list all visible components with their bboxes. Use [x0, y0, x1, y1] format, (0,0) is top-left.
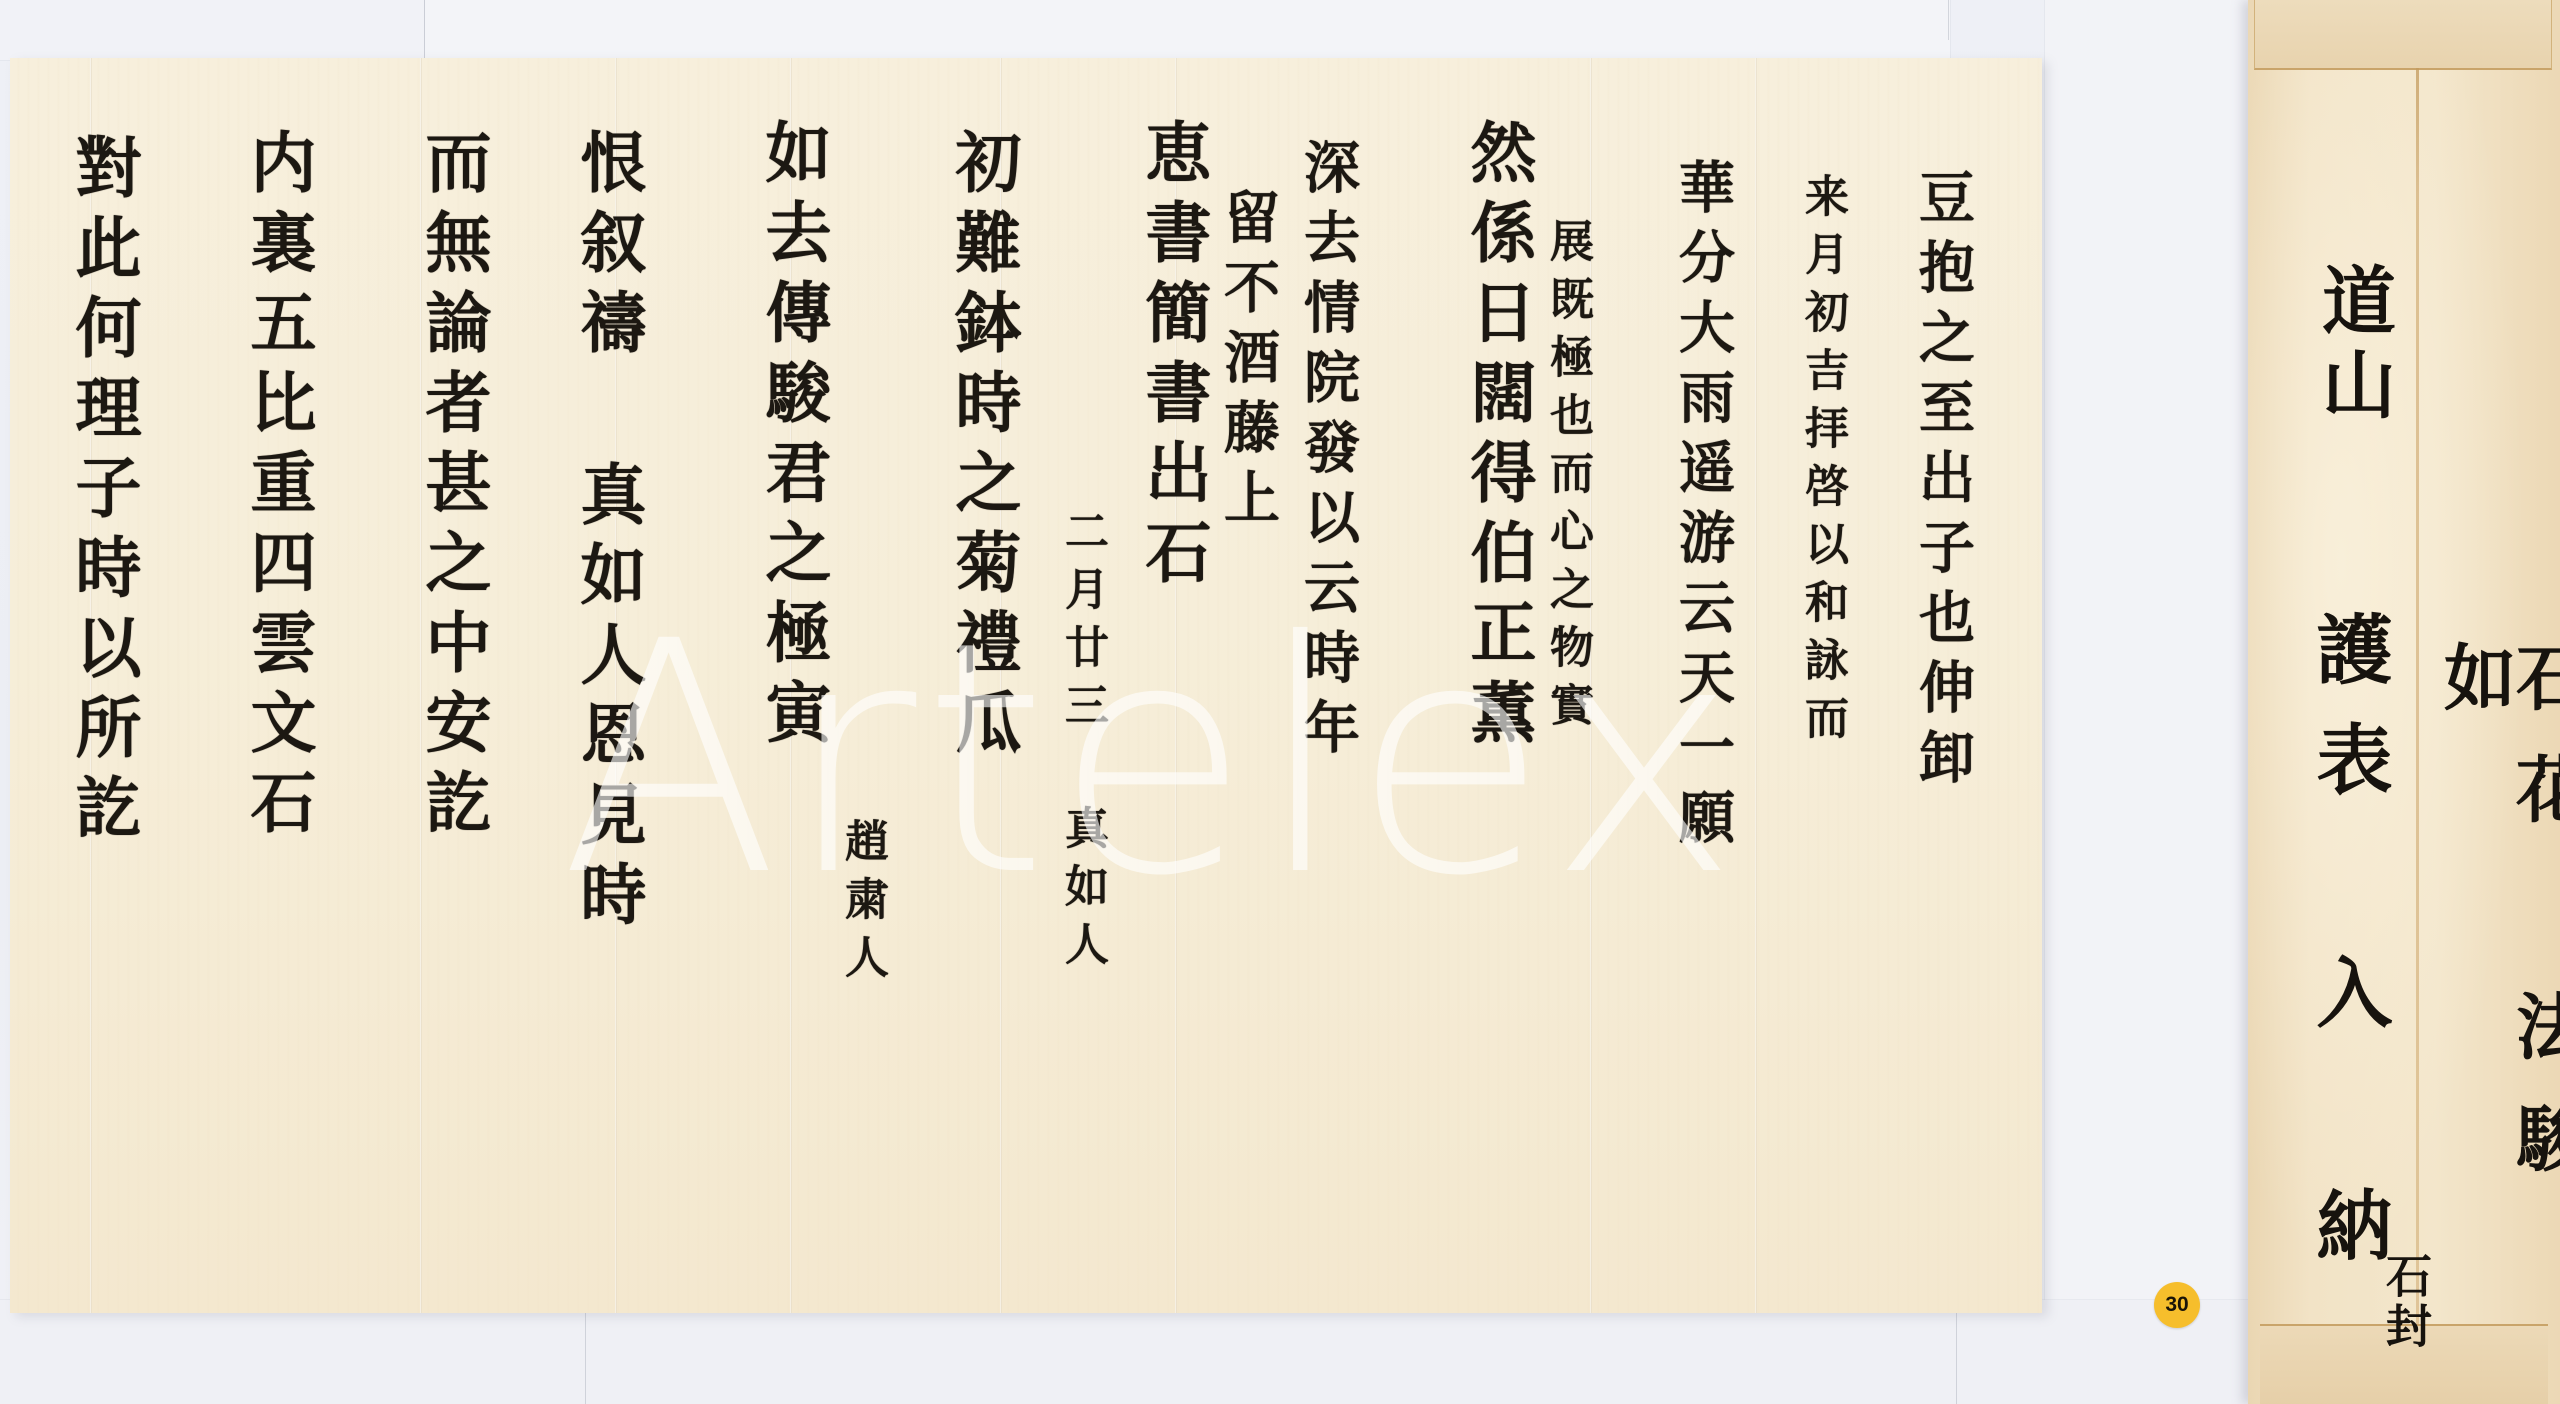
envelope-top-flap [2254, 0, 2552, 70]
date-signature-column: 二月廿三 真如人 [1060, 508, 1104, 979]
envelope-line-right: 石花 法駿 如 [2438, 640, 2560, 1404]
calligraphy-column-10: 初難鉢時之菊禮瓜 [950, 128, 1016, 768]
calligraphy-letter: 豆抱之至出子也伸卸 来月初吉拝啓以和詠而 華分大雨遥游云天一願 展既極也而心之物… [10, 58, 2042, 1313]
calligraphy-column-12: 趙粛人 [840, 818, 884, 992]
calligraphy-column-14: 而無論者甚之中安訖 [420, 128, 486, 848]
calligraphy-column-3: 華分大雨遥游云天一願 [1675, 158, 1731, 858]
calligraphy-column-7: 留不酒藤上 [1220, 188, 1276, 538]
calligraphy-column-13: 恨叙禱 真如人恩見時 [575, 128, 641, 940]
mount-sheet-top [425, 0, 1950, 60]
mount-sheet-top-left [0, 0, 425, 60]
mount-crease [424, 0, 425, 60]
calligraphy-column-6: 深去情院發以云時年 [1300, 138, 1356, 768]
envelope-line-left: 護表 入 納 [2310, 610, 2386, 1296]
mount-sheet-bottom [0, 1300, 2248, 1404]
envelope-addressee: 道山 [2316, 262, 2390, 430]
envelope: 道山 石花 法駿 如 護表 入 納 石封 [2248, 0, 2560, 1404]
calligraphy-column-1: 豆抱之至出子也伸卸 [1915, 168, 1971, 798]
lot-number-sticker: 30 [2154, 1282, 2200, 1328]
mount-crease [1956, 1313, 1957, 1404]
mount-sheet-right [2045, 0, 2248, 1300]
envelope-seam [2416, 68, 2419, 1324]
mount-crease [1948, 0, 1949, 40]
calligraphy-column-16: 對此何理子時以所訖 [70, 133, 136, 853]
envelope-closing-seal-text: 石封 [2383, 1252, 2429, 1352]
calligraphy-column-4: 展既極也而心之物實 [1545, 218, 1589, 740]
calligraphy-column-2: 来月初吉拝啓以和詠而 [1800, 173, 1844, 753]
calligraphy-column-5: 然係日闊得伯正薫 [1465, 118, 1531, 758]
calligraphy-column-11: 如去傳駿君之極寅 [760, 118, 826, 758]
calligraphy-column-8: 恵書簡書出石 [1140, 118, 1206, 598]
photo-scene: 豆抱之至出子也伸卸 来月初吉拝啓以和詠而 華分大雨遥游云天一願 展既極也而心之物… [0, 0, 2560, 1404]
paper-fold [1755, 58, 1757, 1313]
mount-crease [585, 1313, 586, 1404]
calligraphy-column-15: 内裏五比重四雲文石 [245, 128, 311, 848]
